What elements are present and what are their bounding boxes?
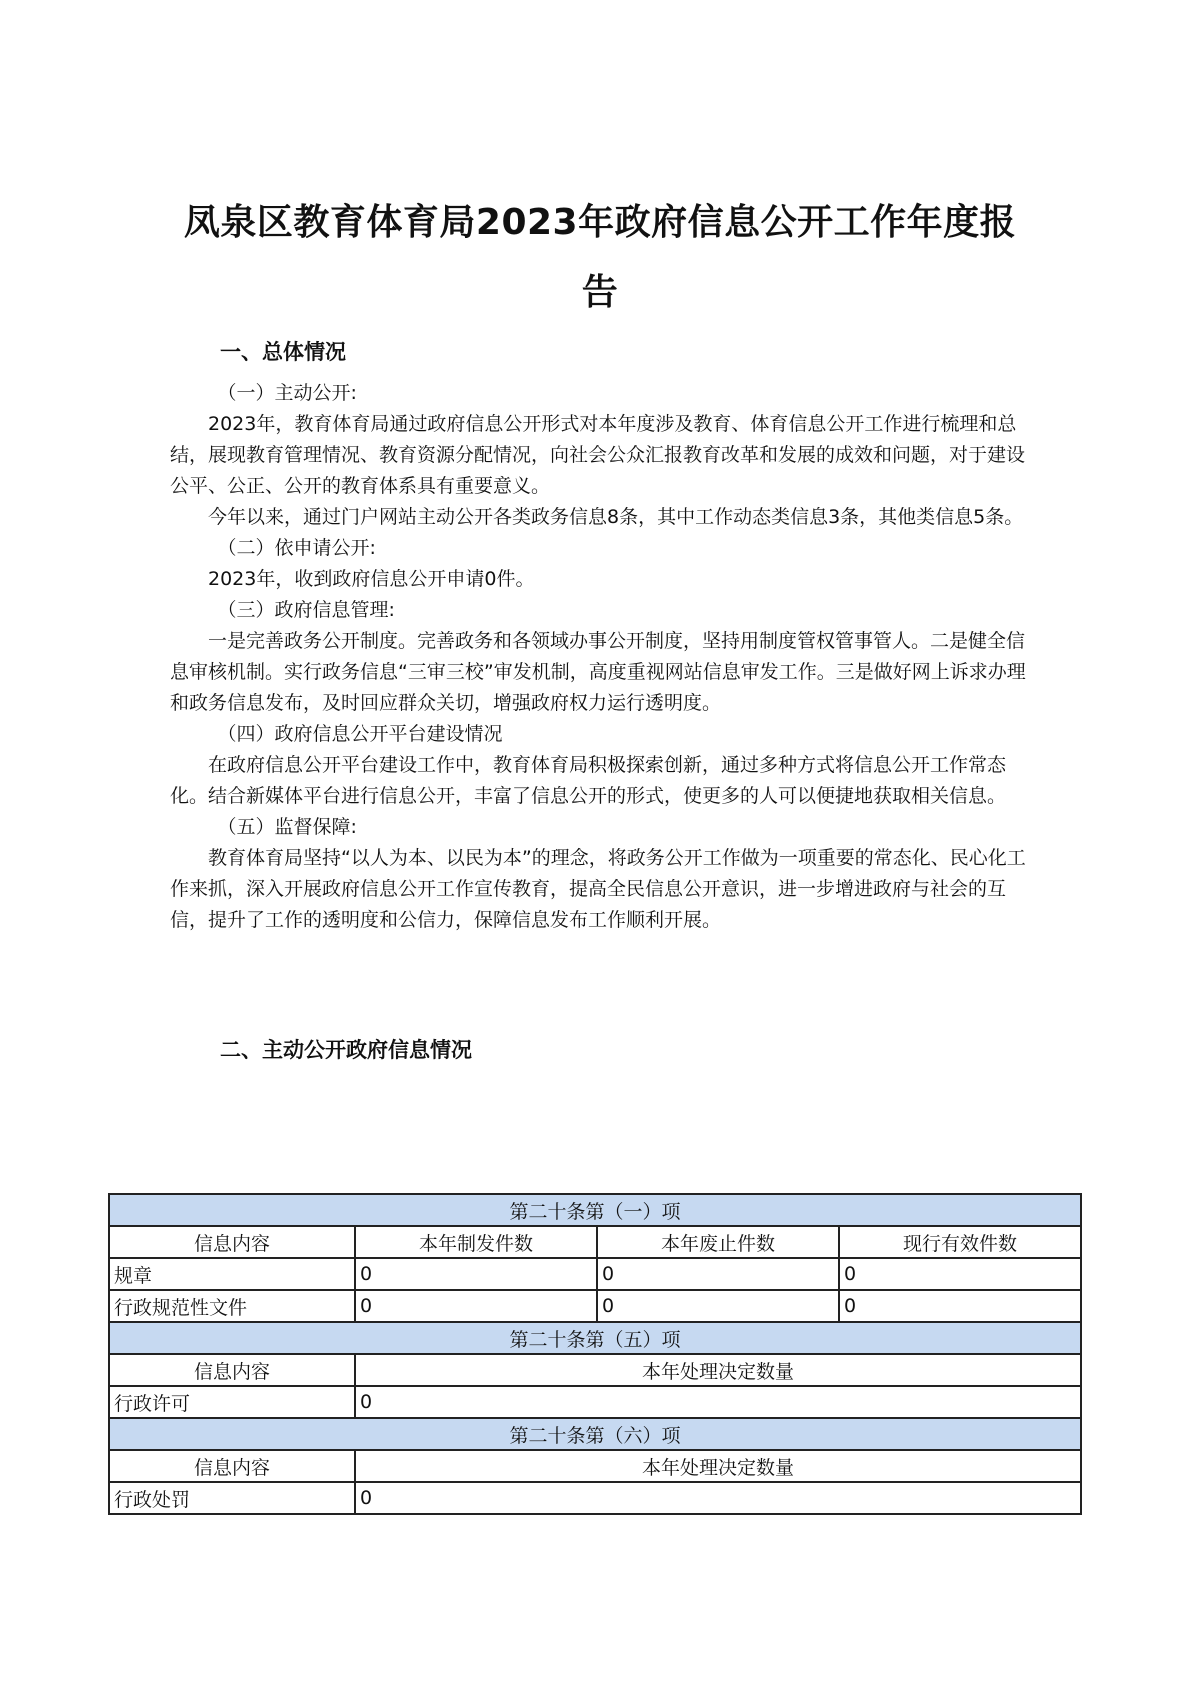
section-heading-proactive-info: 二、主动公开政府信息情况: [220, 1034, 472, 1064]
disclosure-table: 第二十条第（一）项 信息内容 本年制发件数 本年废止件数 现行有效件数 规章 0…: [108, 1193, 1082, 1515]
paragraph: 教育体育局坚持“以人为本、以民为本”的理念，将政务公开工作做为一项重要的常态化、…: [170, 843, 1030, 936]
table-header-row: 信息内容 本年处理决定数量: [109, 1450, 1081, 1482]
table-row: 行政许可 0: [109, 1386, 1081, 1418]
subheading-proactive: （一）主动公开:: [170, 378, 1030, 409]
paragraph: 一是完善政务公开制度。完善政务和各领域办事公开制度，坚持用制度管权管事管人。二是…: [170, 626, 1030, 719]
paragraph: 今年以来，通过门户网站主动公开各类政务信息8条，其中工作动态类信息3条，其他类信…: [170, 502, 1030, 533]
table-row: 行政规范性文件 0 0 0: [109, 1290, 1081, 1322]
subheading-supervision: （五）监督保障:: [170, 812, 1030, 843]
section-title: 第二十条第（一）项: [109, 1194, 1081, 1226]
section-overview-body: （一）主动公开: 2023年，教育体育局通过政府信息公开形式对本年度涉及教育、体…: [170, 378, 1030, 936]
paragraph: 2023年，教育体育局通过政府信息公开形式对本年度涉及教育、体育信息公开工作进行…: [170, 409, 1030, 502]
section-title: 第二十条第（五）项: [109, 1322, 1081, 1354]
section-heading-overview: 一、总体情况: [220, 336, 346, 366]
subheading-platform: （四）政府信息公开平台建设情况: [170, 719, 1030, 750]
section-title: 第二十条第（六）项: [109, 1418, 1081, 1450]
table-section-header: 第二十条第（一）项: [109, 1194, 1081, 1226]
table-row: 规章 0 0 0: [109, 1258, 1081, 1290]
paragraph: 2023年，收到政府信息公开申请0件。: [170, 564, 1030, 595]
table-section-header: 第二十条第（五）项: [109, 1322, 1081, 1354]
table-section-header: 第二十条第（六）项: [109, 1418, 1081, 1450]
subheading-management: （三）政府信息管理:: [170, 595, 1030, 626]
paragraph: 在政府信息公开平台建设工作中，教育体育局积极探索创新，通过多种方式将信息公开工作…: [170, 750, 1030, 812]
subheading-request: （二）依申请公开:: [170, 533, 1030, 564]
document-title: 凤泉区教育体育局2023年政府信息公开工作年度报 告: [150, 188, 1050, 328]
table-header-row: 信息内容 本年制发件数 本年废止件数 现行有效件数: [109, 1226, 1081, 1258]
table-header-row: 信息内容 本年处理决定数量: [109, 1354, 1081, 1386]
table-row: 行政处罚 0: [109, 1482, 1081, 1514]
